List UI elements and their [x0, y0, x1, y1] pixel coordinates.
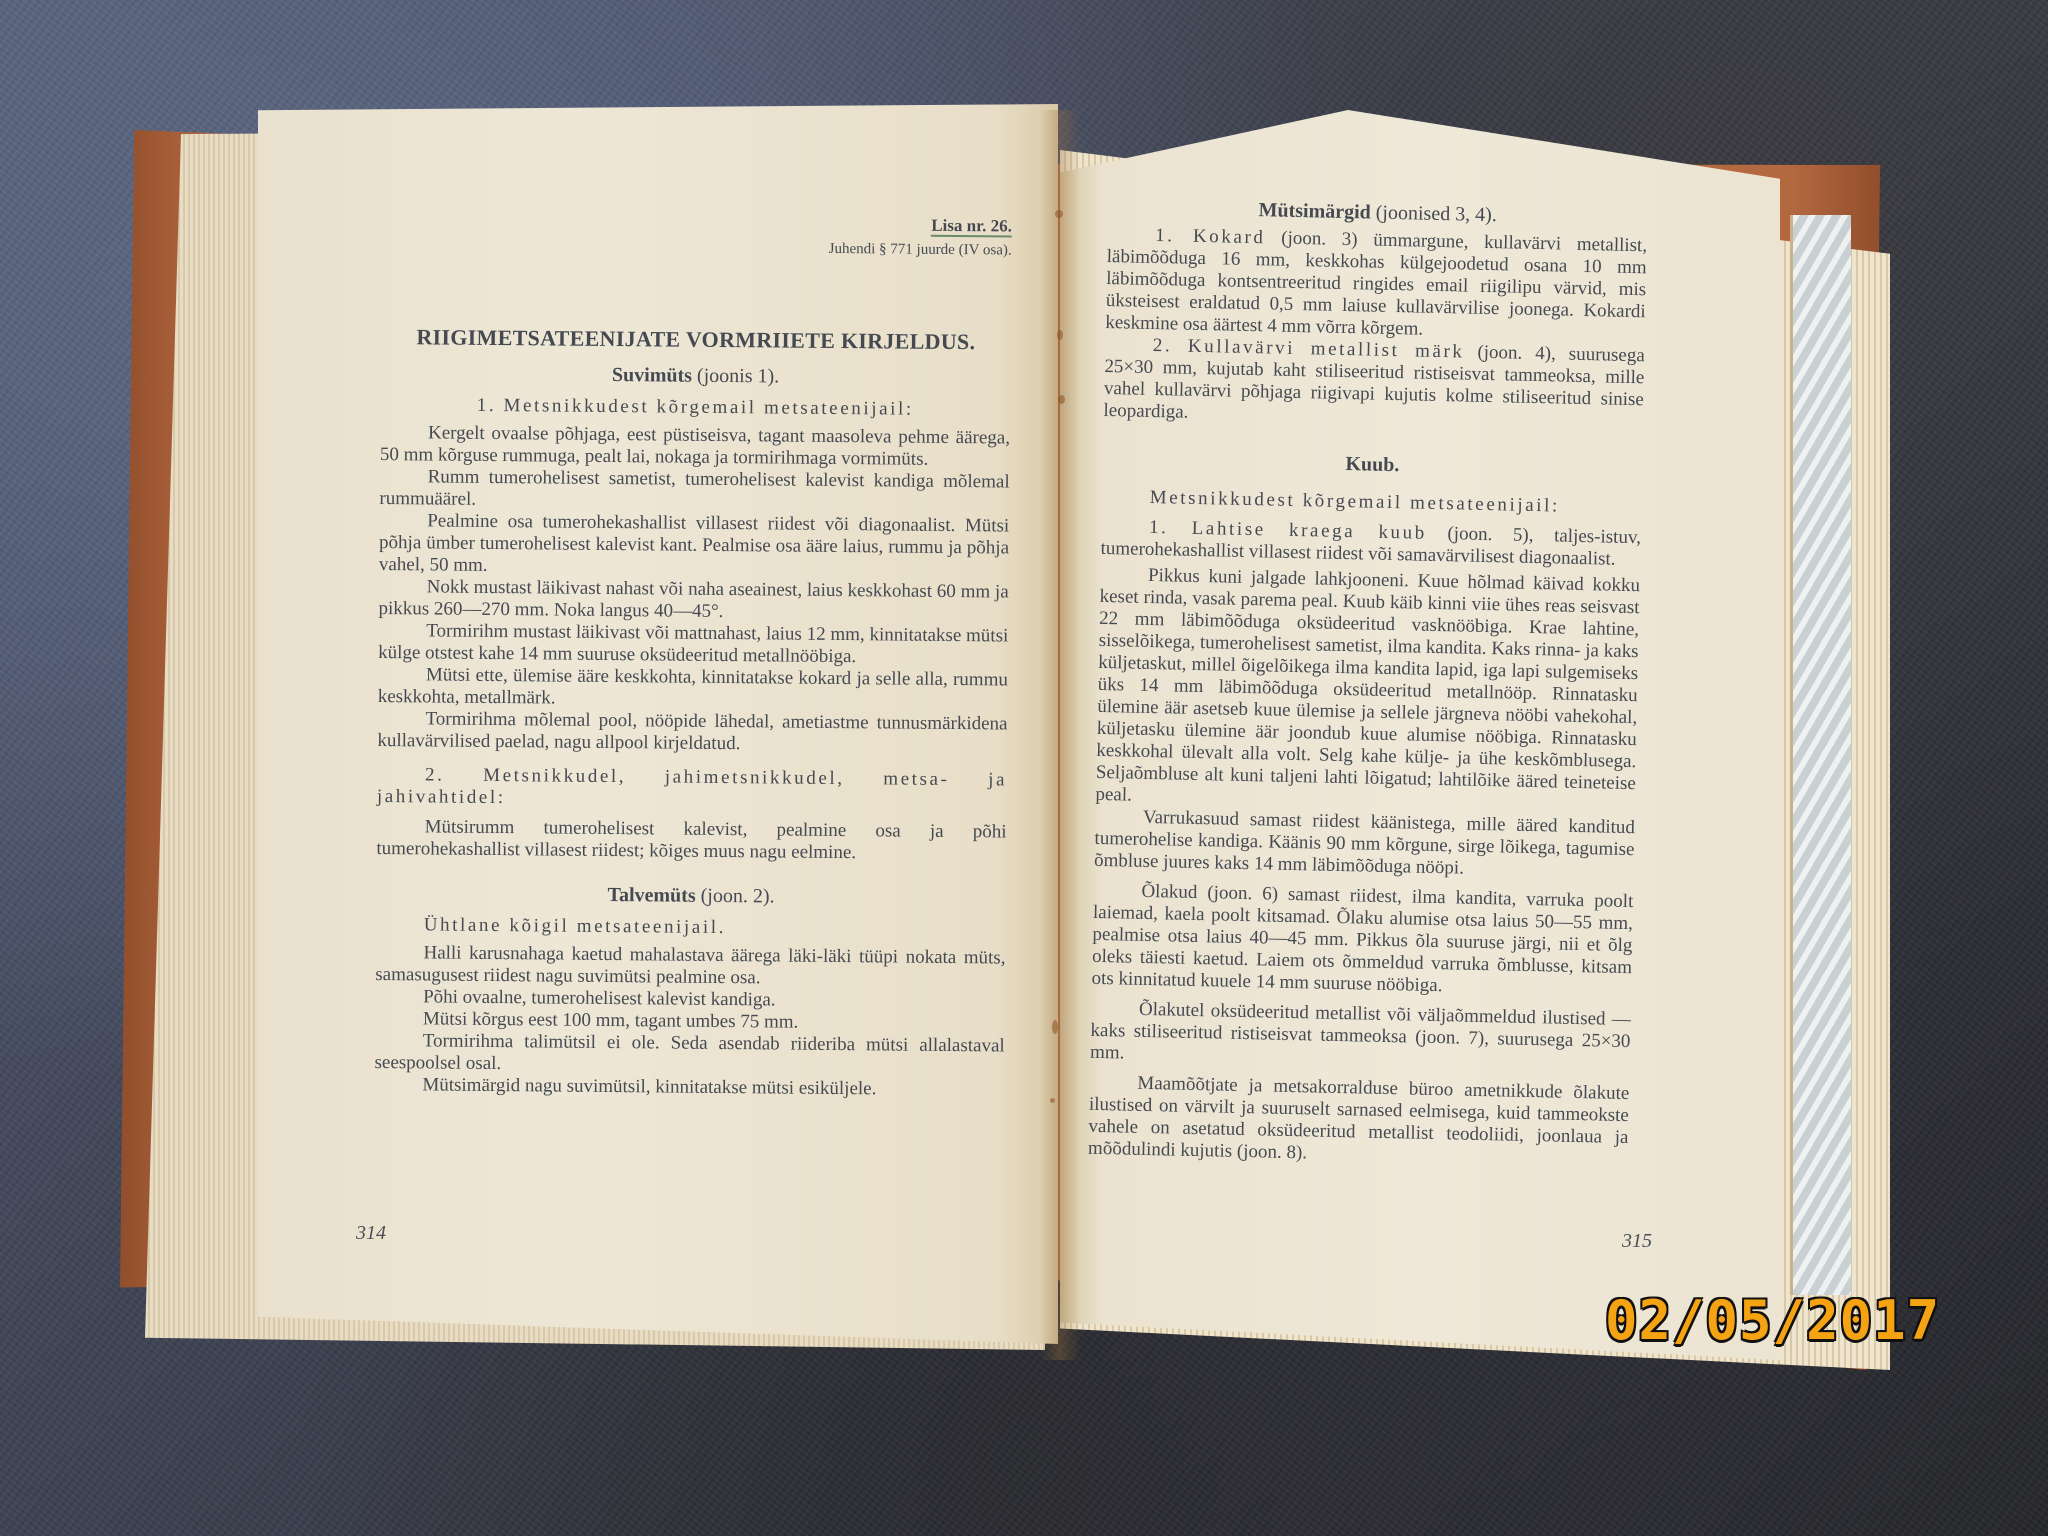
numbered-item: 2. Kullavärvi metallist märk (joon. 4), …	[1103, 334, 1645, 433]
subheading: Metsnikkudest kõrgemail metsateenijail:	[1101, 486, 1641, 519]
right-page-text: Mütsimärgid (joonised 3, 4). 1. Kokard (…	[1088, 196, 1648, 1171]
section-heading-kuub: Kuub.	[1102, 448, 1642, 481]
foxing-spot	[1057, 330, 1063, 340]
paragraph: Tormirihma talimütsil ei ole. Seda asend…	[374, 1030, 1004, 1079]
foxing-spot	[1058, 395, 1065, 404]
appendix-reference: Juhendi § 771 juurde (IV osa).	[382, 234, 1012, 261]
paragraph: Õlakutel oksüdeeritud metallist või välj…	[1090, 998, 1631, 1075]
paragraph: Õlakud (joon. 6) samast riidest, ilma ka…	[1091, 880, 1633, 1001]
appendix-label: Lisa nr. 26.	[382, 210, 1012, 237]
paragraph: Nokk mustast läikivast nahast või naha a…	[378, 576, 1008, 625]
page-number-left: 314	[356, 1222, 386, 1245]
section-heading-talvemuts: Talvemüts (joon. 2).	[376, 882, 1006, 909]
book-gutter	[1040, 110, 1080, 1360]
paragraph: Tormirihm mustast läikivast või mattnaha…	[378, 620, 1008, 669]
foxing-spot	[1050, 1098, 1055, 1103]
paragraph: Varrukasuud samast riidest käänistega, m…	[1094, 806, 1635, 883]
paragraph: Pikkus kuni jalgade lahkjooneni. Kuue hõ…	[1095, 564, 1640, 817]
foxing-spot	[1052, 1020, 1058, 1034]
paragraph: Maamõõtjate ja metsakorralduse büroo ame…	[1088, 1072, 1630, 1171]
subheading: 2. Metsnikkudel, jahimetsnikkudel, metsa…	[377, 764, 1007, 813]
section-heading-suvimuts: Suvimüts (joonis 1).	[380, 362, 1010, 389]
paragraph: Mütsirumm tumerohelisest kalevist, pealm…	[376, 816, 1006, 865]
page-number-right: 315	[1622, 1230, 1652, 1253]
paragraph: Tormirihma mõlemal pool, nööpide lähedal…	[377, 708, 1007, 757]
paragraph: Rumm tumerohelisest sametist, tumeroheli…	[379, 466, 1009, 515]
paragraph: Mütsi ette, ülemise ääre keskkohta, kinn…	[378, 664, 1008, 713]
endpaper	[1790, 215, 1851, 1295]
paragraph: Pealmine osa tumerohekashallist villases…	[379, 510, 1010, 581]
paragraph: Halli karusnahaga kaetud mahalastava äär…	[375, 942, 1005, 991]
numbered-item: 1. Lahtise kraega kuub (joon. 5), taljes…	[1100, 516, 1641, 571]
foxing-spot	[1055, 210, 1063, 218]
left-page-text: Lisa nr. 26. Juhendi § 771 juurde (IV os…	[374, 210, 1012, 1101]
numbered-item: 1. Kokard (joon. 3) ümmargune, kullavärv…	[1105, 224, 1647, 345]
document-title: RIIGIMETSATEENIJATE VORMRIIETE KIRJELDUS…	[381, 326, 1011, 353]
camera-date-stamp: 02/05/2017	[1605, 1289, 1940, 1352]
paragraph: Kergelt ovaalse põhjaga, eest püstiseisv…	[380, 422, 1010, 471]
